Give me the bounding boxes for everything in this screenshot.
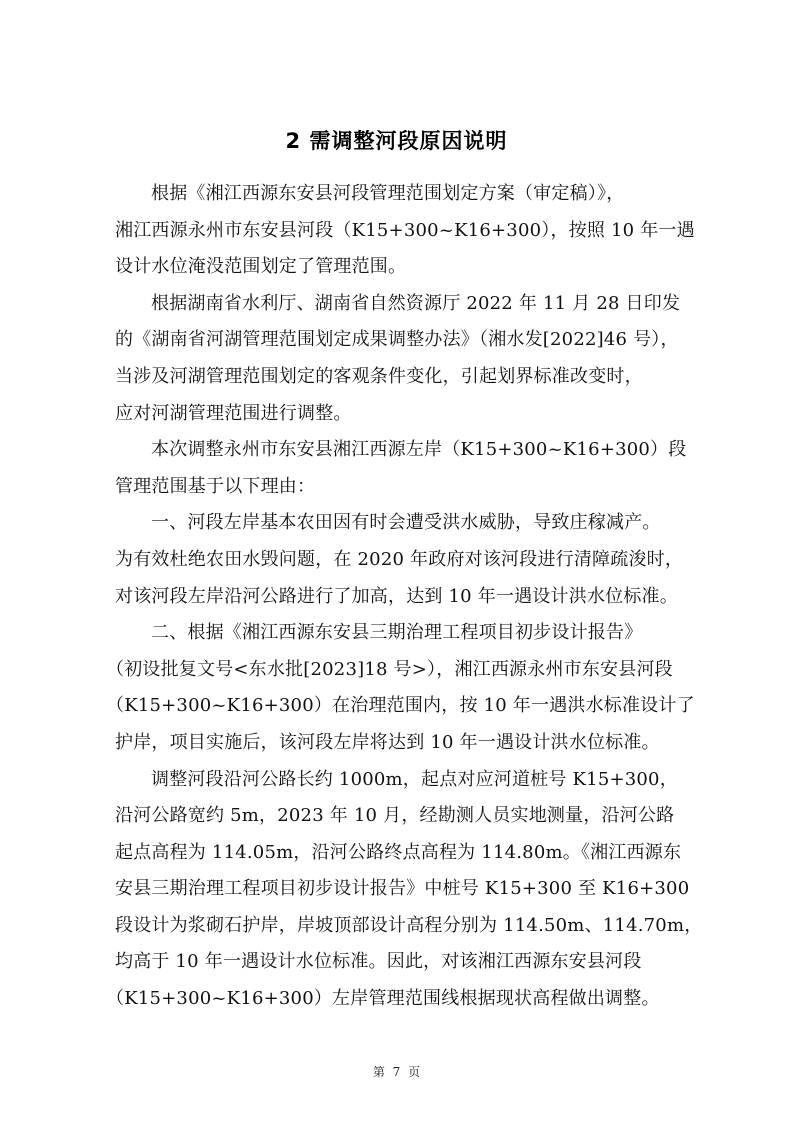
page-number: 第 7 页 — [0, 1063, 793, 1080]
text-line: 设计水位淹没范围划定了管理范围。 — [115, 249, 675, 286]
document-page: 2 需调整河段原因说明 根据《湘江西源东安县河段管理范围划定方案（审定稿）》， … — [0, 0, 793, 1122]
text-line: 对该河段左岸沿河公路进行了加高，达到 10 年一遇设计洪水位标准。 — [115, 579, 675, 616]
text-line: 的《湖南省河湖管理范围划定成果调整办法》（湘水发[2022]46 号）， — [115, 322, 675, 359]
section-title: 2 需调整河段原因说明 — [0, 125, 793, 155]
text-line: 一、河段左岸基本农田因有时会遭受洪水威胁，导致庄稼减产。 — [115, 505, 675, 542]
paragraph-3: 本次调整永州市东安县湘江西源左岸（K15+300~K16+300）段 管理范围基… — [115, 432, 675, 505]
text-line: 为有效杜绝农田水毁问题，在 2020 年政府对该河段进行清障疏浚时， — [115, 542, 675, 579]
text-line: 起点高程为 114.05m，沿河公路终点高程为 114.80m。《湘江西源东 — [115, 835, 675, 872]
paragraph-6: 调整河段沿河公路长约 1000m，起点对应河道桩号 K15+300， 沿河公路宽… — [115, 762, 675, 1018]
text-line: 护岸，项目实施后，该河段左岸将达到 10 年一遇设计洪水位标准。 — [115, 725, 675, 762]
text-line: 沿河公路宽约 5m，2023 年 10 月，经勘测人员实地测量，沿河公路 — [115, 798, 675, 835]
text-line: 当涉及河湖管理范围划定的客观条件变化，引起划界标准改变时， — [115, 359, 675, 396]
text-line: （K15+300~K16+300）左岸管理范围线根据现状高程做出调整。 — [106, 981, 675, 1018]
body-text: 根据《湘江西源东安县河段管理范围划定方案（审定稿）》， 湘江西源永州市东安县河段… — [115, 176, 675, 1018]
text-line: 管理范围基于以下理由： — [115, 469, 675, 506]
text-line: 段设计为浆砌石护岸，岸坡顶部设计高程分别为 114.50m、114.70m， — [115, 908, 675, 945]
text-line: 本次调整永州市东安县湘江西源左岸（K15+300~K16+300）段 — [115, 432, 675, 469]
text-line: 二、根据《湘江西源东安县三期治理工程项目初步设计报告》 — [115, 615, 675, 652]
paragraph-1: 根据《湘江西源东安县河段管理范围划定方案（审定稿）》， 湘江西源永州市东安县河段… — [115, 176, 675, 286]
text-line: （初设批复文号<东水批[2023]18 号>），湘江西源永州市东安县河段 — [106, 652, 675, 689]
text-line: 安县三期治理工程项目初步设计报告》中桩号 K15+300 至 K16+300 — [115, 871, 675, 908]
text-line: 湘江西源永州市东安县河段（K15+300~K16+300），按照 10 年一遇 — [115, 213, 675, 250]
text-line: 调整河段沿河公路长约 1000m，起点对应河道桩号 K15+300， — [115, 762, 675, 799]
text-line: 均高于 10 年一遇设计水位标准。因此，对该湘江西源东安县河段 — [115, 944, 675, 981]
text-line: 根据湖南省水利厅、湖南省自然资源厅 2022 年 11 月 28 日印发 — [115, 286, 675, 323]
paragraph-2: 根据湖南省水利厅、湖南省自然资源厅 2022 年 11 月 28 日印发 的《湖… — [115, 286, 675, 432]
paragraph-4: 一、河段左岸基本农田因有时会遭受洪水威胁，导致庄稼减产。 为有效杜绝农田水毁问题… — [115, 505, 675, 615]
paragraph-5: 二、根据《湘江西源东安县三期治理工程项目初步设计报告》 （初设批复文号<东水批[… — [115, 615, 675, 761]
text-line: 应对河湖管理范围进行调整。 — [115, 396, 675, 433]
text-line: （K15+300~K16+300）在治理范围内，按 10 年一遇洪水标准设计了 — [106, 688, 675, 725]
text-line: 根据《湘江西源东安县河段管理范围划定方案（审定稿）》， — [115, 176, 675, 213]
